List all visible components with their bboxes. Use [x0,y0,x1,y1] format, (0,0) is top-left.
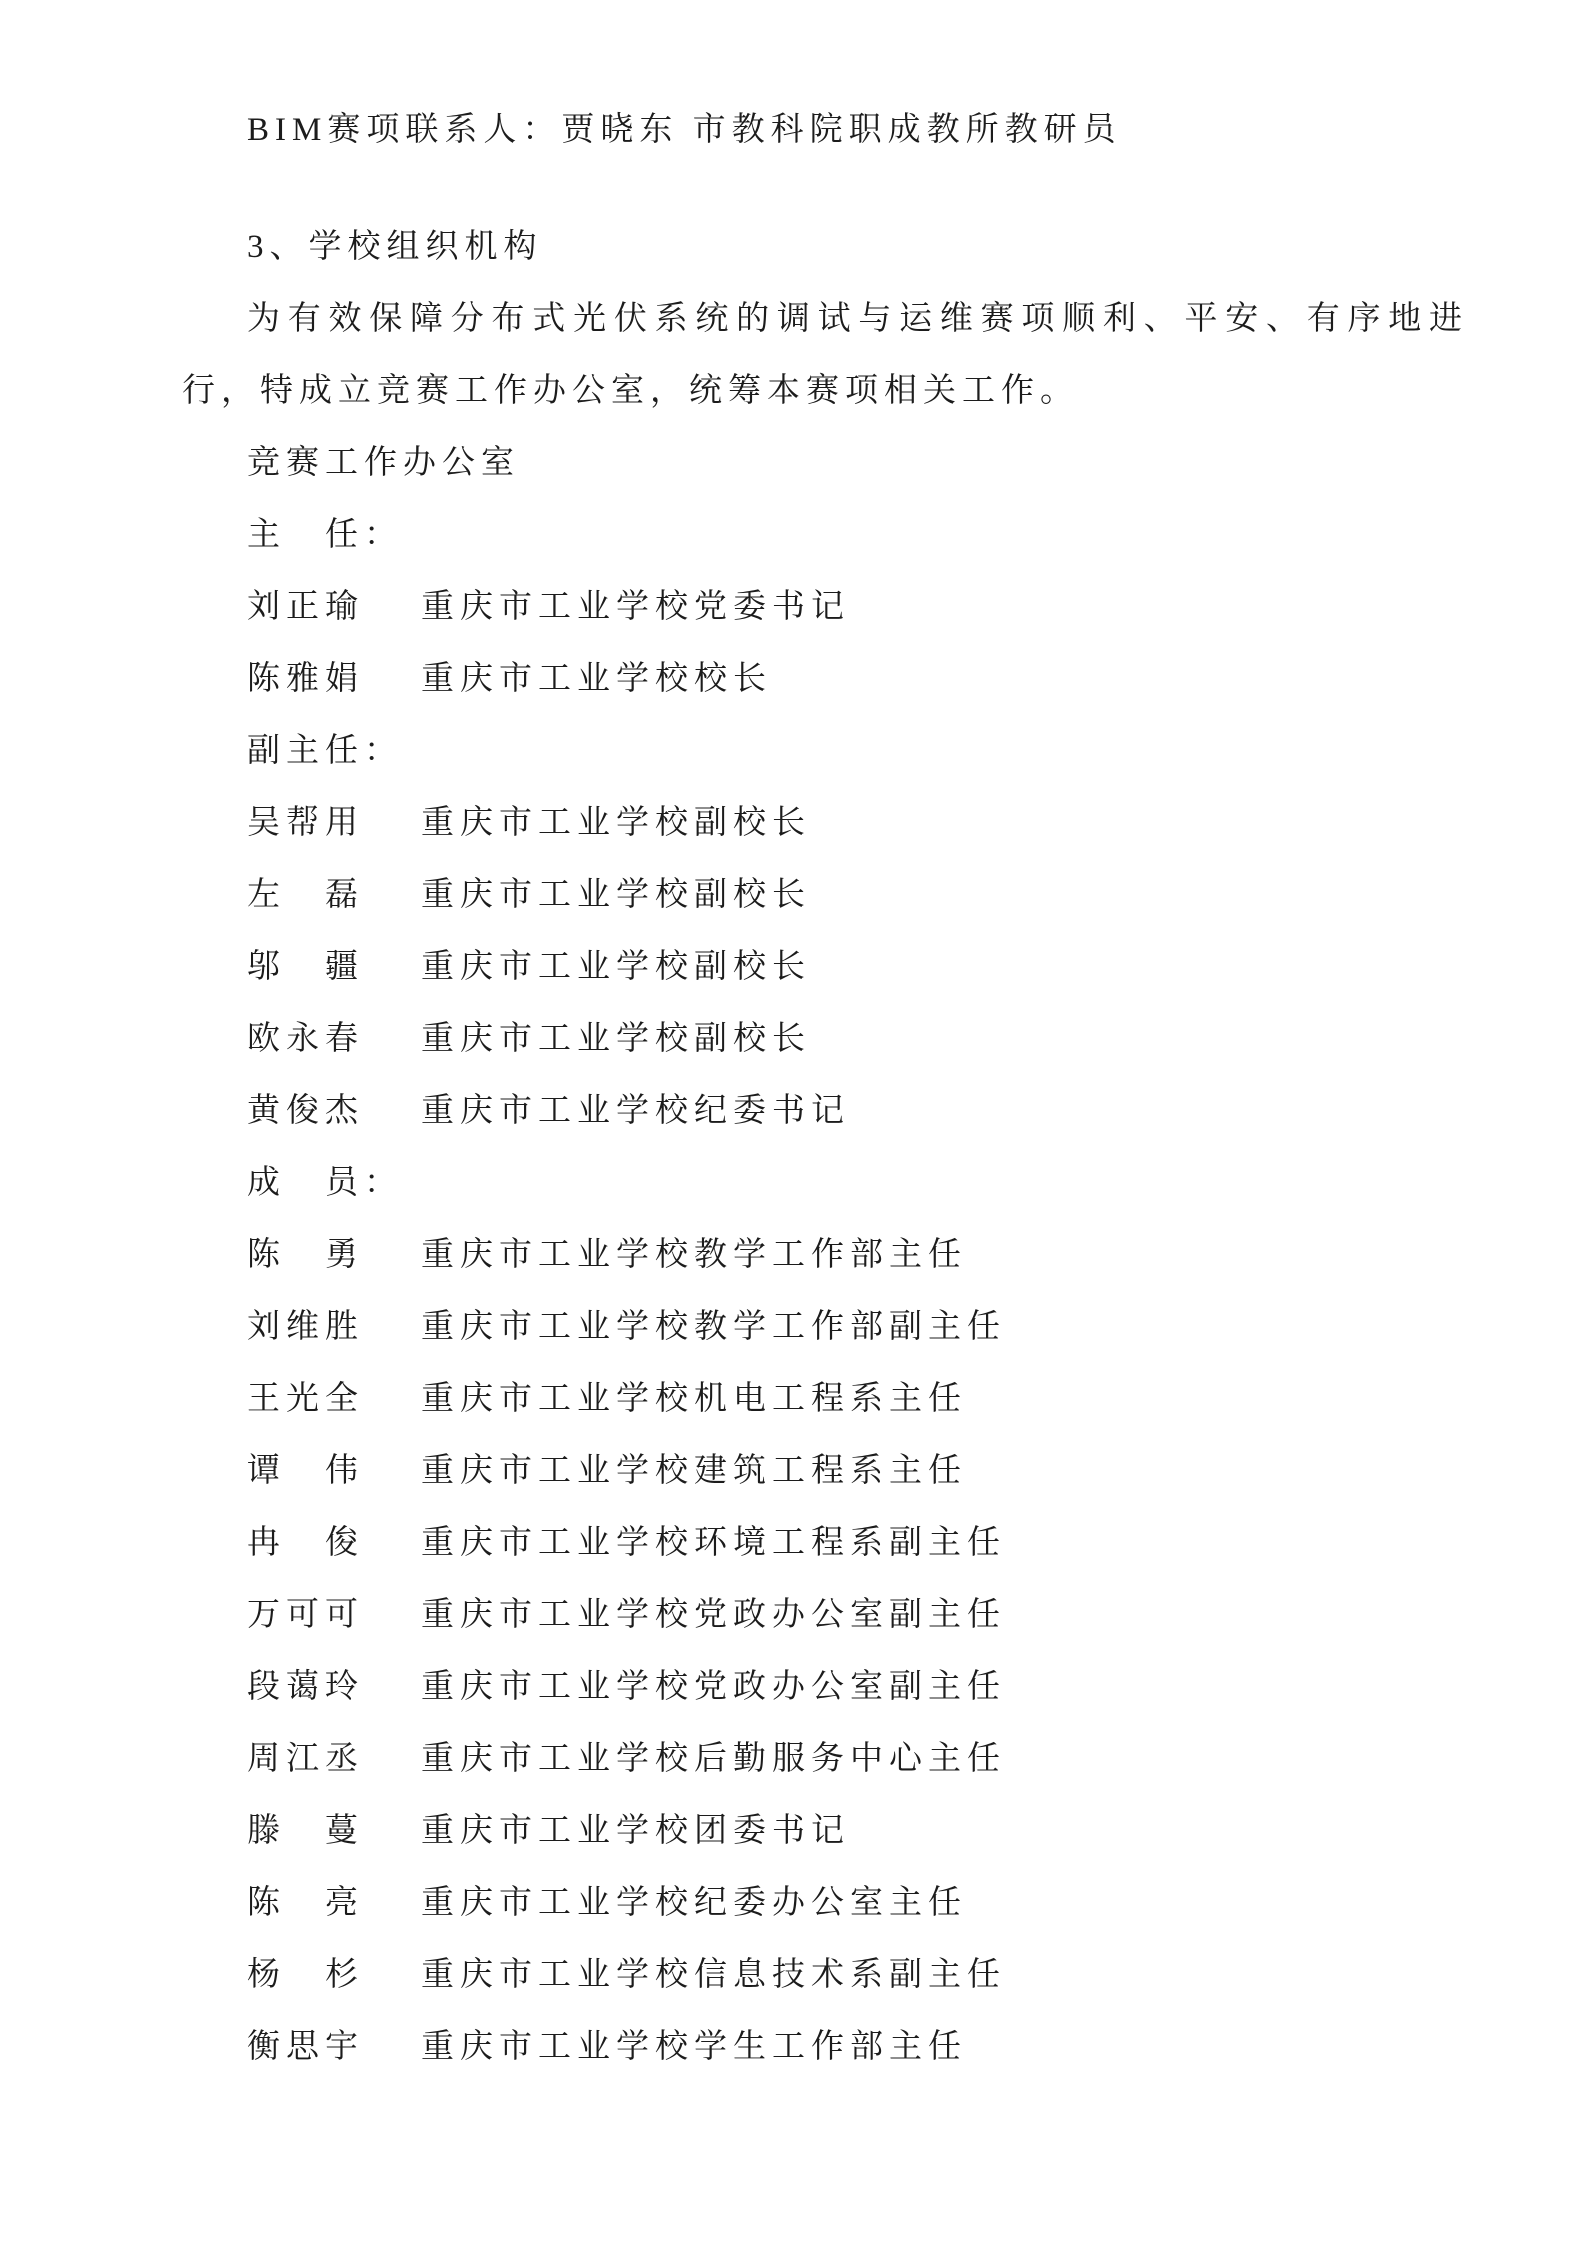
member-name: 段蔼玲 [247,1651,421,1723]
member-title: 重庆市工业学校党政办公室副主任 [421,1597,1006,1633]
member-name: 王光全 [247,1363,421,1435]
member-row: 衡思宇重庆市工业学校学生工作部主任 [182,2011,1468,2083]
member-title: 重庆市工业学校机电工程系主任 [421,1381,967,1417]
role-label: 成 员： [182,1147,1468,1219]
office-title: 竞赛工作办公室 [182,427,1468,499]
member-name: 刘正瑜 [247,571,421,643]
member-name: 滕 蔓 [247,1795,421,1867]
role-label: 副主任： [182,715,1468,787]
member-title: 重庆市工业学校副校长 [421,805,811,841]
member-name: 冉 俊 [247,1507,421,1579]
document-body: BIM赛项联系人：贾晓东 市教科院职成教所教研员 3、学校组织机构 为有效保障分… [182,94,1468,2083]
member-title: 重庆市工业学校学生工作部主任 [421,2029,967,2065]
member-title: 重庆市工业学校纪委书记 [421,1093,850,1129]
member-row: 刘正瑜重庆市工业学校党委书记 [182,571,1468,643]
member-name: 邬 疆 [247,931,421,1003]
member-title: 重庆市工业学校环境工程系副主任 [421,1525,1006,1561]
member-name: 欧永春 [247,1003,421,1075]
section-heading: 3、学校组织机构 [182,211,1468,283]
member-name: 杨 杉 [247,1939,421,2011]
member-title: 重庆市工业学校信息技术系副主任 [421,1957,1006,1993]
member-row: 陈 亮重庆市工业学校纪委办公室主任 [182,1867,1468,1939]
member-title: 重庆市工业学校副校长 [421,877,811,913]
member-name: 万可可 [247,1579,421,1651]
member-row: 陈雅娟重庆市工业学校校长 [182,643,1468,715]
member-row: 滕 蔓重庆市工业学校团委书记 [182,1795,1468,1867]
member-title: 重庆市工业学校教学工作部副主任 [421,1309,1006,1345]
member-name: 周江丞 [247,1723,421,1795]
member-name: 刘维胜 [247,1291,421,1363]
member-row: 周江丞重庆市工业学校后勤服务中心主任 [182,1723,1468,1795]
member-name: 陈 亮 [247,1867,421,1939]
contact-line: BIM赛项联系人：贾晓东 市教科院职成教所教研员 [182,94,1468,166]
member-title: 重庆市工业学校党政办公室副主任 [421,1669,1006,1705]
member-name: 左 磊 [247,859,421,931]
member-title: 重庆市工业学校校长 [421,661,772,697]
document-page: BIM赛项联系人：贾晓东 市教科院职成教所教研员 3、学校组织机构 为有效保障分… [0,0,1588,2245]
member-row: 王光全重庆市工业学校机电工程系主任 [182,1363,1468,1435]
member-title: 重庆市工业学校教学工作部主任 [421,1237,967,1273]
member-title: 重庆市工业学校副校长 [421,949,811,985]
member-title: 重庆市工业学校团委书记 [421,1813,850,1849]
member-name: 黄俊杰 [247,1075,421,1147]
member-row: 万可可重庆市工业学校党政办公室副主任 [182,1579,1468,1651]
paragraph: 为有效保障分布式光伏系统的调试与运维赛项顺利、平安、有序地进行，特成立竞赛工作办… [182,283,1468,427]
member-title: 重庆市工业学校党委书记 [421,589,850,625]
member-name: 陈 勇 [247,1219,421,1291]
member-title: 重庆市工业学校纪委办公室主任 [421,1885,967,1921]
member-row: 吴帮用重庆市工业学校副校长 [182,787,1468,859]
member-row: 欧永春重庆市工业学校副校长 [182,1003,1468,1075]
member-name: 谭 伟 [247,1435,421,1507]
role-label: 主 任： [182,499,1468,571]
member-name: 陈雅娟 [247,643,421,715]
member-row: 冉 俊重庆市工业学校环境工程系副主任 [182,1507,1468,1579]
member-title: 重庆市工业学校建筑工程系主任 [421,1453,967,1489]
member-row: 黄俊杰重庆市工业学校纪委书记 [182,1075,1468,1147]
member-row: 陈 勇重庆市工业学校教学工作部主任 [182,1219,1468,1291]
member-name: 吴帮用 [247,787,421,859]
member-name: 衡思宇 [247,2011,421,2083]
member-row: 杨 杉重庆市工业学校信息技术系副主任 [182,1939,1468,2011]
member-row: 谭 伟重庆市工业学校建筑工程系主任 [182,1435,1468,1507]
member-title: 重庆市工业学校后勤服务中心主任 [421,1741,1006,1777]
member-row: 左 磊重庆市工业学校副校长 [182,859,1468,931]
member-row: 邬 疆重庆市工业学校副校长 [182,931,1468,1003]
member-title: 重庆市工业学校副校长 [421,1021,811,1057]
member-row: 段蔼玲重庆市工业学校党政办公室副主任 [182,1651,1468,1723]
member-row: 刘维胜重庆市工业学校教学工作部副主任 [182,1291,1468,1363]
